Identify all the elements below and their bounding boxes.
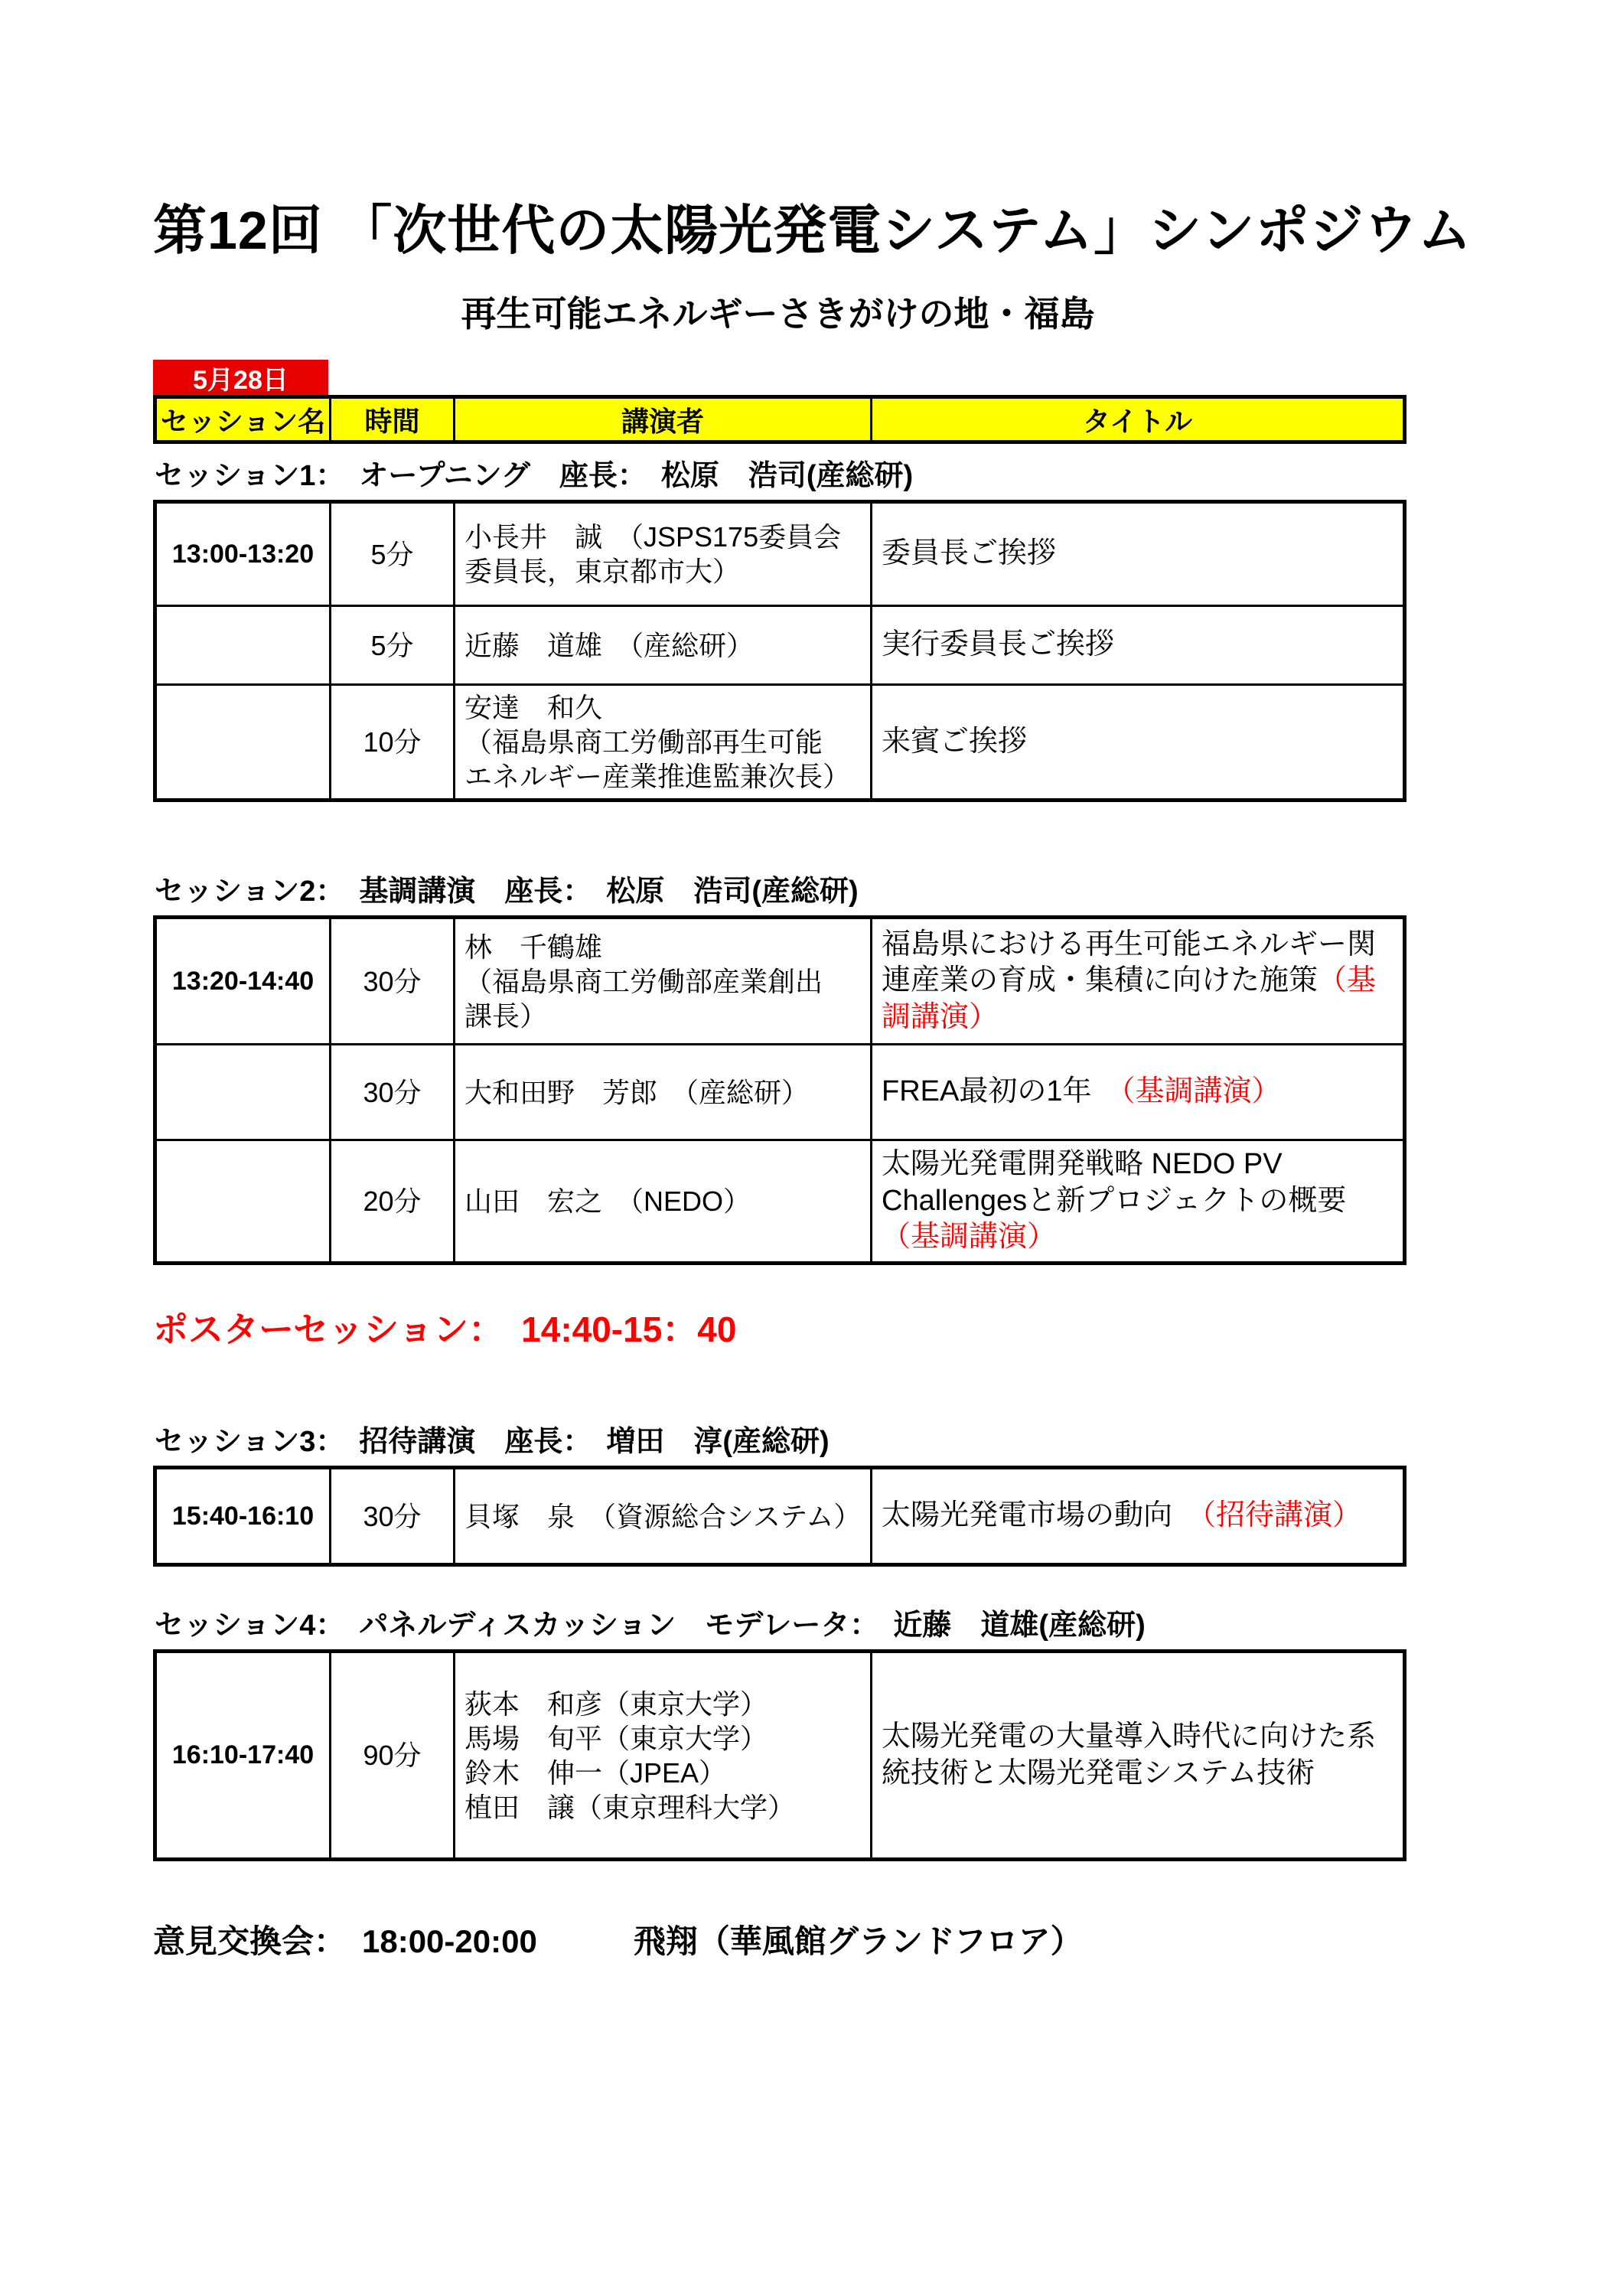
duration-cell: 30分 — [331, 918, 455, 1045]
time-cell: 13:20-14:40 — [155, 918, 331, 1045]
session-2-heading: セッション2： 基調講演 座長： 松原 浩司(産総研) — [155, 867, 1403, 909]
session-3-heading: セッション3： 招待講演 座長： 増田 淳(産総研) — [155, 1417, 1403, 1459]
schedule-row: 16:10-17:40 90分 荻本 和彦（東京大学） 馬場 旬平（東京大学） … — [155, 1652, 1405, 1860]
title-cell: 福島県における再生可能エネルギー関連産業の育成・集積に向けた施策（基調講演） — [872, 918, 1405, 1045]
schedule-row: 20分 山田 宏之 （NEDO） 太陽光発電開発戦略 NEDO PV Chall… — [155, 1140, 1405, 1264]
speaker-cell: 安達 和久 （福島県商工労働部再生可能 エネルギー産業推進監兼次長） — [455, 685, 872, 801]
schedule-row: 30分 大和田野 芳郎 （産総研） FREA最初の1年 （基調講演） — [155, 1045, 1405, 1140]
document-page: 第12回 「次世代の太陽光発電システム」シンポジウム 再生可能エネルギーさきがけ… — [0, 0, 1620, 2296]
title-red-text: （基調講演） — [1120, 1075, 1280, 1107]
page-title: 第12回 「次世代の太陽光発電システム」シンポジウム — [153, 0, 1403, 265]
time-cell — [155, 1140, 331, 1264]
col-header-speaker: 講演者 — [455, 397, 872, 442]
duration-cell: 90分 — [331, 1652, 455, 1860]
speaker-cell: 大和田野 芳郎 （産総研） — [455, 1045, 872, 1140]
time-cell — [155, 1045, 331, 1140]
speaker-cell: 近藤 道雄 （産総研） — [455, 606, 872, 685]
title-cell: 太陽光発電市場の動向 （招待講演） — [872, 1468, 1405, 1565]
title-cell: 来賓ご挨拶 — [872, 685, 1405, 801]
duration-cell: 30分 — [331, 1045, 455, 1140]
poster-session-note: ポスターセッション： 14:40-15：40 — [153, 1302, 1403, 1352]
session-2-table: 13:20-14:40 30分 林 千鶴雄 （福島県商工労働部産業創出 課長） … — [153, 915, 1406, 1265]
schedule-row: 13:00-13:20 5分 小長井 誠 （JSPS175委員会 委員長，東京都… — [155, 502, 1405, 606]
time-cell: 15:40-16:10 — [155, 1468, 331, 1565]
speaker-cell: 小長井 誠 （JSPS175委員会 委員長，東京都市大） — [455, 502, 872, 606]
speaker-cell: 貝塚 泉 （資源総合システム） — [455, 1468, 872, 1565]
title-red-text: （基調講演） — [882, 1221, 1056, 1253]
title-cell: 太陽光発電の大量導入時代に向けた系統技術と太陽光発電システム技術 — [872, 1652, 1405, 1860]
speaker-cell: 林 千鶴雄 （福島県商工労働部産業創出 課長） — [455, 918, 872, 1045]
duration-cell: 20分 — [331, 1140, 455, 1264]
duration-cell: 30分 — [331, 1468, 455, 1565]
speaker-cell: 荻本 和彦（東京大学） 馬場 旬平（東京大学） 鈴木 伸一（JPEA） 植田 譲… — [455, 1652, 872, 1860]
title-text: 実行委員長ご挨拶 — [882, 628, 1114, 660]
col-header-title: タイトル — [872, 397, 1405, 442]
title-text: 委員長ご挨拶 — [882, 537, 1056, 569]
title-red-text: （招待講演） — [1201, 1499, 1361, 1531]
duration-cell: 10分 — [331, 685, 455, 801]
duration-cell: 5分 — [331, 502, 455, 606]
col-header-time: 時間 — [331, 397, 455, 442]
title-text: 来賓ご挨拶 — [882, 726, 1027, 758]
title-text: 太陽光発電市場の動向 — [882, 1499, 1201, 1531]
session-4-heading: セッション4： パネルディスカッション モデレータ： 近藤 道雄(産総研) — [155, 1601, 1403, 1643]
session-3-table: 15:40-16:10 30分 貝塚 泉 （資源総合システム） 太陽光発電市場の… — [153, 1466, 1406, 1567]
schedule-column-header-table: セッション名 時間 講演者 タイトル — [153, 395, 1406, 444]
exchange-meeting-note: 意見交換会： 18:00-20:00 飛翔（華風館グランドフロア） — [153, 1916, 1403, 1962]
session-1-table: 13:00-13:20 5分 小長井 誠 （JSPS175委員会 委員長，東京都… — [153, 500, 1406, 802]
speaker-cell: 山田 宏之 （NEDO） — [455, 1140, 872, 1264]
title-cell: 実行委員長ご挨拶 — [872, 606, 1405, 685]
document-content: 第12回 「次世代の太陽光発電システム」シンポジウム 再生可能エネルギーさきがけ… — [153, 0, 1403, 1962]
session-4-table: 16:10-17:40 90分 荻本 和彦（東京大学） 馬場 旬平（東京大学） … — [153, 1649, 1406, 1861]
title-cell: 委員長ご挨拶 — [872, 502, 1405, 606]
col-header-session-name: セッション名 — [155, 397, 331, 442]
title-text: 福島県における再生可能エネルギー関連産業の育成・集積に向けた施策 — [882, 928, 1376, 997]
column-header-row: セッション名 時間 講演者 タイトル — [155, 397, 1405, 442]
title-text: 太陽光発電の大量導入時代に向けた系統技術と太陽光発電システム技術 — [882, 1720, 1376, 1789]
time-cell: 16:10-17:40 — [155, 1652, 331, 1860]
date-badge: 5月28日 — [153, 360, 328, 395]
title-text: FREA最初の1年 — [882, 1075, 1120, 1107]
title-cell: FREA最初の1年 （基調講演） — [872, 1045, 1405, 1140]
schedule-row: 15:40-16:10 30分 貝塚 泉 （資源総合システム） 太陽光発電市場の… — [155, 1468, 1405, 1565]
time-cell — [155, 685, 331, 801]
schedule-row: 13:20-14:40 30分 林 千鶴雄 （福島県商工労働部産業創出 課長） … — [155, 918, 1405, 1045]
session-1-heading: セッション1： オープニング 座長： 松原 浩司(産総研) — [155, 452, 1403, 494]
page-subtitle: 再生可能エネルギーさきがけの地・福島 — [153, 286, 1403, 337]
title-cell: 太陽光発電開発戦略 NEDO PV Challengesと新プロジェクトの概要 … — [872, 1140, 1405, 1264]
duration-cell: 5分 — [331, 606, 455, 685]
title-text: 太陽光発電開発戦略 NEDO PV Challengesと新プロジェクトの概要 — [882, 1148, 1346, 1217]
time-cell: 13:00-13:20 — [155, 502, 331, 606]
time-cell — [155, 606, 331, 685]
schedule-row: 10分 安達 和久 （福島県商工労働部再生可能 エネルギー産業推進監兼次長） 来… — [155, 685, 1405, 801]
schedule-row: 5分 近藤 道雄 （産総研） 実行委員長ご挨拶 — [155, 606, 1405, 685]
